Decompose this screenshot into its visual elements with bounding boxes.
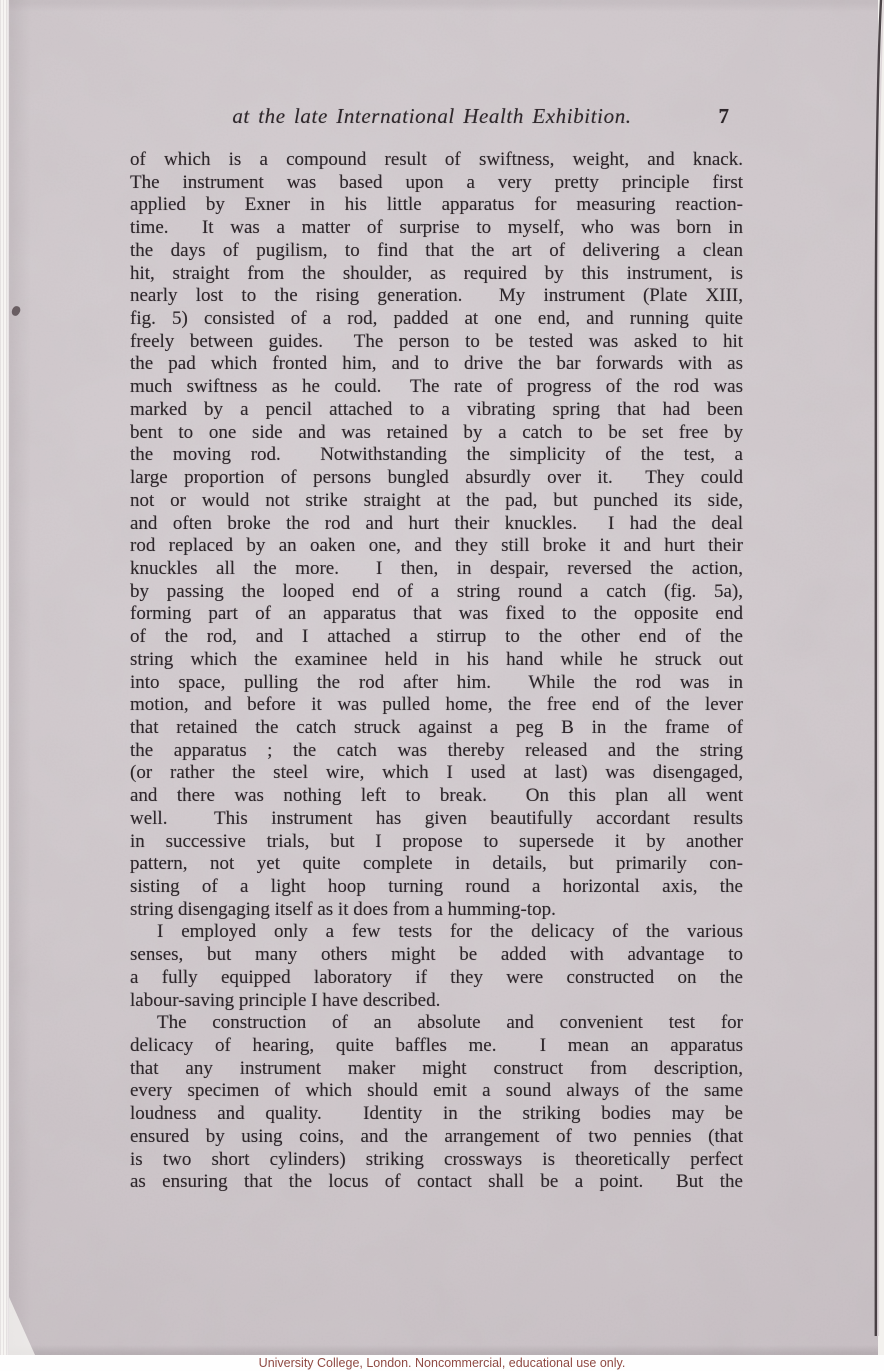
text-line: into space, pulling the rod after him. W…	[130, 672, 743, 695]
text-line: is two short cylinders) striking crosswa…	[130, 1149, 743, 1172]
paragraph: of which is a compound result of swiftne…	[130, 149, 743, 921]
text-line: in successive trials, but I propose to s…	[130, 831, 743, 854]
text-line: rod replaced by an oaken one, and they s…	[130, 535, 743, 558]
text-line: well. This instrument has given beautifu…	[130, 808, 743, 831]
text-line: delicacy of hearing, quite baffles me. I…	[130, 1035, 743, 1058]
text-line: and often broke the rod and hurt their k…	[130, 513, 743, 536]
book-left-page-edges	[0, 0, 9, 1355]
text-line: and there was nothing left to break. On …	[130, 785, 743, 808]
text-line: much swiftness as he could. The rate of …	[130, 376, 743, 399]
text-line: string which the examinee held in his ha…	[130, 649, 743, 672]
text-line: not or would not strike straight at the …	[130, 490, 743, 513]
text-line: the pad which fronted him, and to drive …	[130, 353, 743, 376]
text-line: large proportion of persons bungled absu…	[130, 467, 743, 490]
text-line: The construction of an absolute and conv…	[130, 1012, 743, 1035]
text-line: a fully equipped laboratory if they were…	[130, 967, 743, 990]
page-corner	[9, 1297, 35, 1355]
text-line: of the rod, and I attached a stirrup to …	[130, 626, 743, 649]
text-line: senses, but many others might be added w…	[130, 944, 743, 967]
text-line: ensured by using coins, and the arrangem…	[130, 1126, 743, 1149]
text-line: forming part of an apparatus that was fi…	[130, 603, 743, 626]
footer-strip: University College, London. Noncommercia…	[0, 1355, 884, 1371]
text-line: the apparatus ; the catch was thereby re…	[130, 740, 743, 763]
text-line: hit, straight from the shoulder, as requ…	[130, 263, 743, 286]
text-line: pattern, not yet quite complete in detai…	[130, 853, 743, 876]
text-line: knuckles all the more. I then, in despai…	[130, 558, 743, 581]
text-line: marked by a pencil attached to a vibrati…	[130, 399, 743, 422]
running-header: at the late International Health Exhibit…	[121, 104, 743, 134]
ink-speck	[11, 305, 22, 317]
text-line: freely between guides. The person to be …	[130, 331, 743, 354]
header-title: at the late International Health Exhibit…	[121, 104, 743, 129]
text-line: loudness and quality. Identity in the st…	[130, 1103, 743, 1126]
text-line: the days of pugilism, to find that the a…	[130, 240, 743, 263]
text-line: string disengaging itself as it does fro…	[130, 899, 743, 922]
text-line: sisting of a light hoop turning round a …	[130, 876, 743, 899]
text-line: the moving rod. Notwithstanding the simp…	[130, 444, 743, 467]
page-number: 7	[719, 104, 730, 129]
text-line: bent to one side and was retained by a c…	[130, 422, 743, 445]
text-line: nearly lost to the rising generation. My…	[130, 285, 743, 308]
paragraph: I employed only a few tests for the deli…	[130, 921, 743, 1012]
text-line: fig. 5) consisted of a rod, padded at on…	[130, 308, 743, 331]
text-line: every specimen of which should emit a so…	[130, 1080, 743, 1103]
credit-text: University College, London. Noncommercia…	[259, 1356, 626, 1370]
text-line: that any instrument maker might construc…	[130, 1058, 743, 1081]
text-line: labour-saving principle I have described…	[130, 990, 743, 1013]
text-column: of which is a compound result of swiftne…	[130, 149, 743, 1194]
text-line: of which is a compound result of swiftne…	[130, 149, 743, 172]
text-line: that retained the catch struck against a…	[130, 717, 743, 740]
text-line: motion, and before it was pulled home, t…	[130, 694, 743, 717]
scanned-book-page: at the late International Health Exhibit…	[0, 0, 884, 1371]
text-line: applied by Exner in his little apparatus…	[130, 194, 743, 217]
paragraph: The construction of an absolute and conv…	[130, 1012, 743, 1194]
text-line: as ensuring that the locus of contact sh…	[130, 1171, 743, 1194]
text-line: time. It was a matter of surprise to mys…	[130, 217, 743, 240]
text-line: The instrument was based upon a very pre…	[130, 172, 743, 195]
text-line: I employed only a few tests for the deli…	[130, 921, 743, 944]
text-line: (or rather the steel wire, which I used …	[130, 762, 743, 785]
text-line: by passing the looped end of a string ro…	[130, 581, 743, 604]
